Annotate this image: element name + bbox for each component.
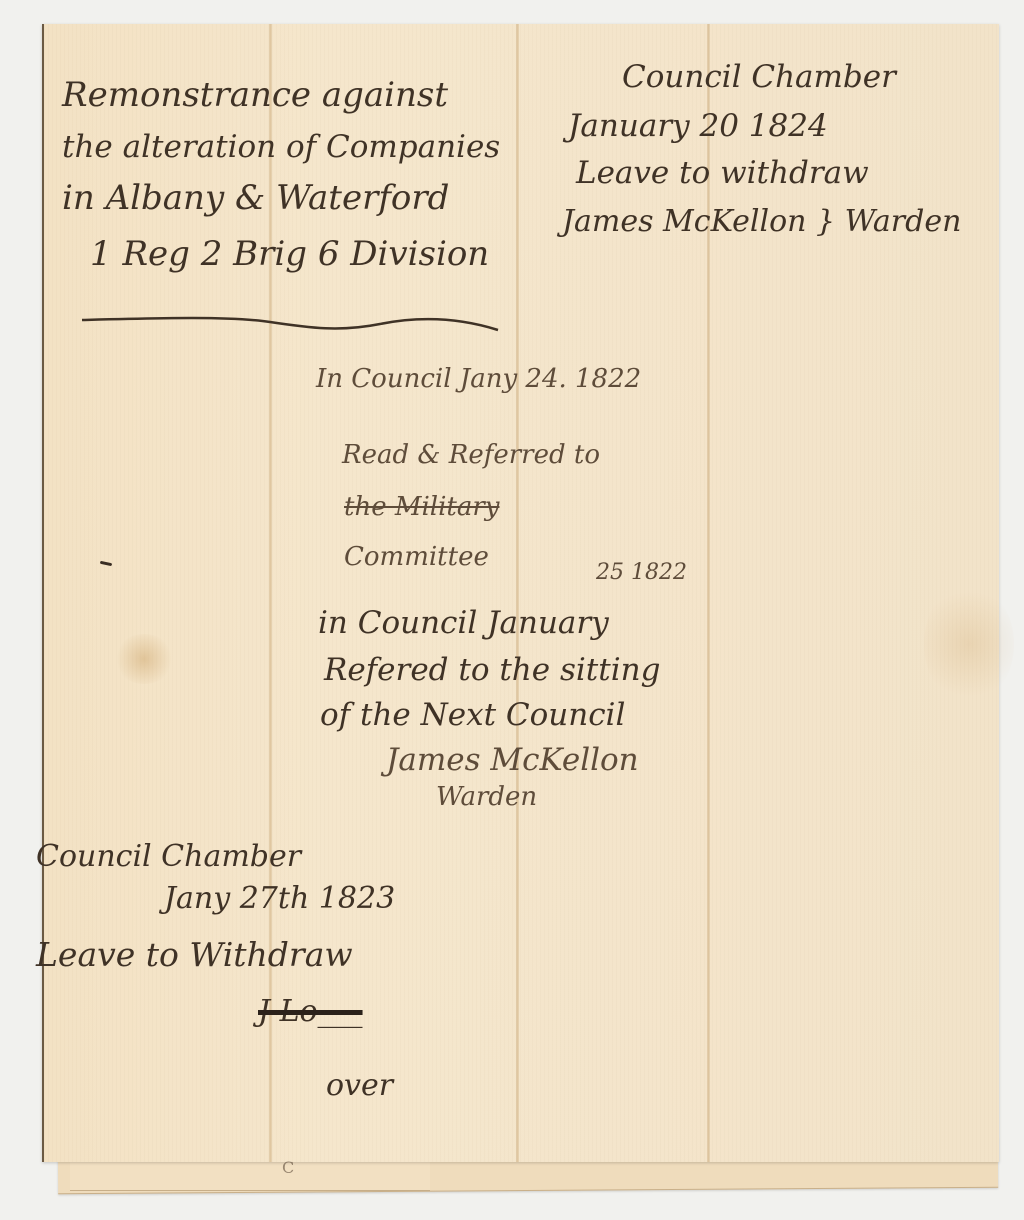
endorsement-line: Council Chamber	[36, 842, 395, 872]
fold-line	[516, 24, 519, 1162]
endorsement-line: Committee	[316, 544, 641, 570]
endorsement-line: of the Next Council	[318, 700, 660, 731]
docket-title-line: 1 Reg 2 Brig 6 Division	[62, 237, 500, 271]
endorsement-line: Jany 27th 1823	[36, 884, 395, 914]
council-endorsement-1822-read: In Council Jany 24. 1822 Read & Referred…	[316, 366, 641, 570]
flourish-underline	[80, 312, 500, 332]
endorsement-line: James McKellon } Warden	[562, 207, 961, 237]
council-endorsement-1824: Council Chamber January 20 1824 Leave to…	[562, 62, 961, 237]
endorsement-line: In Council Jany 24. 1822	[316, 366, 641, 392]
foxing-stain	[924, 584, 1014, 704]
struck-endorsement-line: the Military	[316, 494, 641, 520]
endorsement-line: Leave to withdraw	[562, 158, 961, 189]
underlying-sheet-fragment: C	[282, 1160, 294, 1176]
foxing-stain	[114, 634, 174, 684]
endorsement-line: in Council January	[318, 608, 660, 639]
docket-title-line: the alteration of Companies	[62, 132, 500, 163]
signature-line: James McKellon	[318, 745, 660, 776]
endorsement-line: Refered to the sitting	[318, 655, 660, 686]
endorsement-line: Council Chamber	[562, 62, 961, 93]
docket-title-line: in Albany & Waterford	[62, 181, 500, 215]
docket-title-block: Remonstrance against the alteration of C…	[62, 78, 500, 271]
council-endorsement-1822-referred: in Council January Refered to the sittin…	[318, 608, 660, 810]
council-endorsement-1823: Council Chamber Jany 27th 1823 Leave to …	[36, 842, 395, 1101]
underlying-sheet-edge	[70, 1160, 430, 1191]
endorsement-line: Read & Referred to	[316, 442, 641, 468]
over-note: over	[36, 1071, 395, 1101]
struck-signature: J Lo___	[36, 997, 395, 1027]
signature-title: Warden	[318, 784, 660, 810]
endorsement-line: January 20 1824	[562, 111, 961, 142]
docket-title-line: Remonstrance against	[62, 78, 500, 112]
date-superscript: 25 1822	[596, 562, 687, 584]
endorsement-line: Leave to Withdraw	[36, 938, 395, 971]
